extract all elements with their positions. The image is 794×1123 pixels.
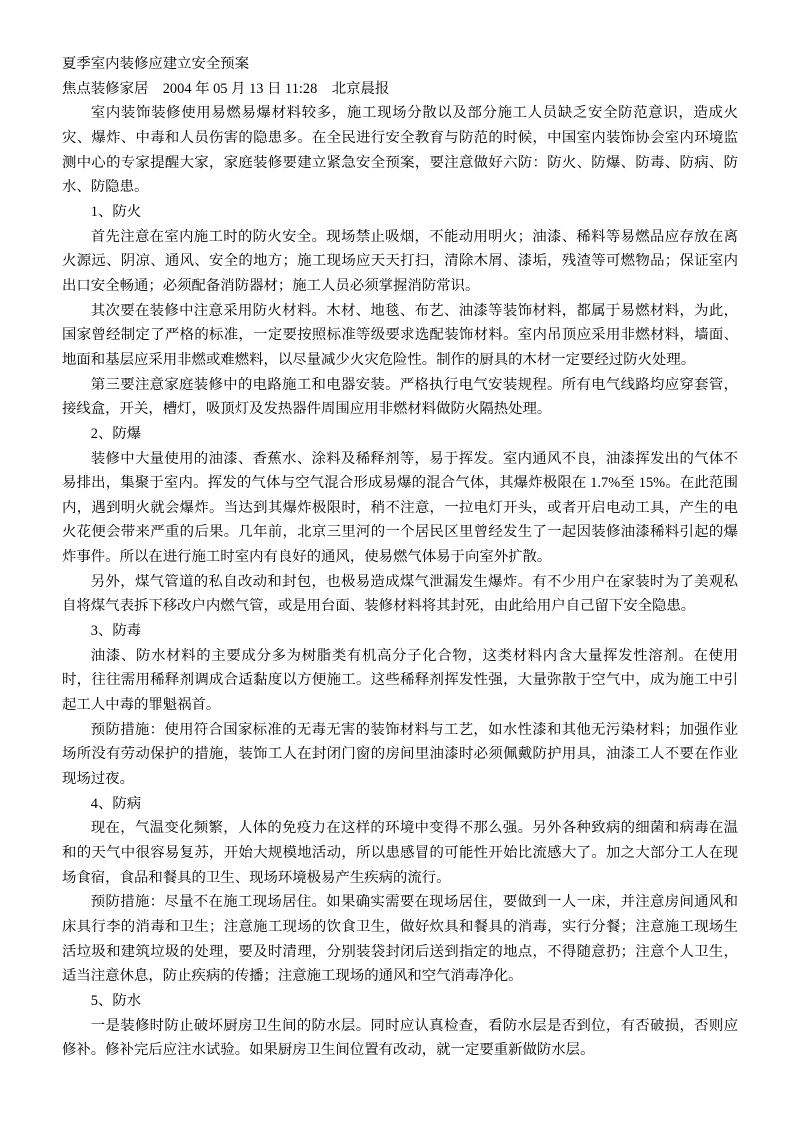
section-heading-poison: 3、防毒: [62, 619, 738, 644]
section-heading-water: 5、防水: [62, 989, 738, 1014]
paragraph-poison-2: 预防措施：使用符合国家标准的无毒无害的装饰材料与工艺，如水性漆和其他无污染材料；…: [62, 718, 738, 792]
document-page: 夏季室内装修应建立安全预案 焦点装修家居 2004 年 05 月 13 日 11…: [0, 0, 794, 1123]
section-heading-explosion: 2、防爆: [62, 422, 738, 447]
document-title: 夏季室内装修应建立安全预案: [62, 52, 738, 77]
paragraph-disease-2: 预防措施：尽量不在施工现场居住。如果确实需要在现场居住，要做到一人一床，并注意房…: [62, 890, 738, 989]
paragraph-intro: 室内装饰装修使用易燃易爆材料较多，施工现场分散以及部分施工人员缺乏安全防范意识，…: [62, 101, 738, 200]
document-content: 夏季室内装修应建立安全预案 焦点装修家居 2004 年 05 月 13 日 11…: [62, 52, 738, 1063]
paragraph-fire-2: 其次要在装修中注意采用防火材料。木材、地毯、布艺、油漆等装饰材料，都属于易燃材料…: [62, 299, 738, 373]
paragraph-disease-1: 现在，气温变化频繁，人体的免疫力在这样的环境中变得不那么强。另外各种致病的细菌和…: [62, 816, 738, 890]
paragraph-water-1: 一是装修时防止破坏厨房卫生间的防水层。同时应认真检查，看防水层是否到位，有否破损…: [62, 1014, 738, 1063]
section-heading-fire: 1、防火: [62, 200, 738, 225]
paragraph-explosion-1: 装修中大量使用的油漆、香蕉水、涂料及稀释剂等，易于挥发。室内通风不良，油漆挥发出…: [62, 447, 738, 570]
document-byline: 焦点装修家居 2004 年 05 月 13 日 11:28 北京晨报: [62, 77, 738, 102]
paragraph-poison-1: 油漆、防水材料的主要成分多为树脂类有机高分子化合物，这类材料内含大量挥发性溶剂。…: [62, 644, 738, 718]
paragraph-fire-3: 第三要注意家庭装修中的电路施工和电器安装。严格执行电气安装规程。所有电气线路均应…: [62, 373, 738, 422]
paragraph-explosion-2: 另外，煤气管道的私自改动和封包，也极易造成煤气泄漏发生爆炸。有不少用户在家装时为…: [62, 570, 738, 619]
section-heading-disease: 4、防病: [62, 792, 738, 817]
paragraph-fire-1: 首先注意在室内施工时的防火安全。现场禁止吸烟，不能动用明火；油漆、稀料等易燃品应…: [62, 225, 738, 299]
